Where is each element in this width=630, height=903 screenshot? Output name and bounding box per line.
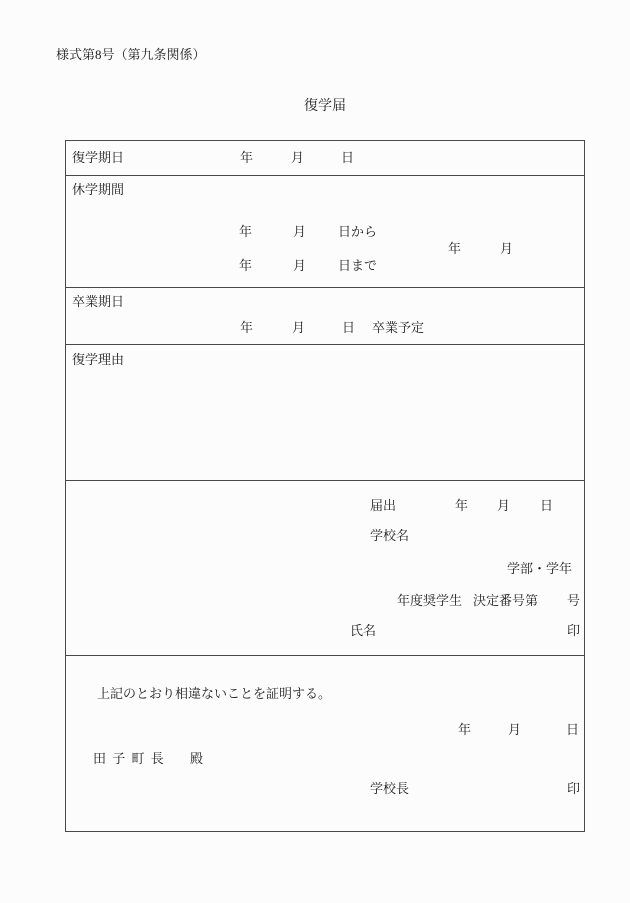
return-to-school-form-table: 復学期日 年 月 日 休学期間 年 月 日から 年 月 年 月 日まで 卒業期日… bbox=[65, 140, 585, 832]
school-principal-label: 学校長 bbox=[370, 782, 409, 796]
notification-label: 届出 bbox=[370, 499, 396, 513]
name-label: 氏名 bbox=[350, 624, 376, 638]
leave-duration-month-label: 月 bbox=[500, 242, 513, 256]
form-title: 復学届 bbox=[65, 95, 585, 115]
certification-day-label: 日 bbox=[566, 723, 579, 737]
return-date-label: 復学期日 bbox=[72, 151, 124, 165]
leave-period-label: 休学期間 bbox=[72, 183, 124, 197]
leave-to-month-label: 月 bbox=[293, 259, 306, 273]
leave-from-year-label: 年 bbox=[239, 225, 252, 239]
faculty-grade-label: 学部・学年 bbox=[507, 562, 572, 576]
principal-seal-label: 印 bbox=[567, 782, 580, 796]
return-date-day-label: 日 bbox=[341, 151, 354, 165]
applicant-row: 届出 年 月 日 学校名 学部・学年 年度奨学生 決定番号第 号 氏名 印 bbox=[66, 481, 584, 656]
leave-to-year-label: 年 bbox=[239, 259, 252, 273]
graduation-year-label: 年 bbox=[240, 321, 253, 335]
school-name-label: 学校名 bbox=[370, 529, 409, 543]
certification-year-label: 年 bbox=[458, 723, 471, 737]
decision-number-label: 決定番号第 bbox=[473, 594, 538, 608]
addressee-honorific-label: 殿 bbox=[190, 752, 203, 766]
return-date-row: 復学期日 年 月 日 bbox=[66, 141, 584, 176]
notification-month-label: 月 bbox=[497, 499, 510, 513]
addressee-label: 田 子 町 長 bbox=[93, 752, 165, 766]
leave-to-day-label: 日まで bbox=[338, 259, 377, 273]
graduation-month-label: 月 bbox=[292, 321, 305, 335]
graduation-date-row: 卒業期日 年 月 日 卒業予定 bbox=[66, 288, 584, 345]
leave-from-day-label: 日から bbox=[338, 225, 377, 239]
certification-row: 上記のとおり相違ないことを証明する。 年 月 日 田 子 町 長 殿 学校長 印 bbox=[66, 656, 584, 831]
return-date-year-label: 年 bbox=[240, 151, 253, 165]
certification-month-label: 月 bbox=[508, 723, 521, 737]
leave-period-row: 休学期間 年 月 日から 年 月 年 月 日まで bbox=[66, 176, 584, 288]
leave-from-month-label: 月 bbox=[293, 225, 306, 239]
certification-statement: 上記のとおり相違ないことを証明する。 bbox=[97, 687, 331, 701]
notification-day-label: 日 bbox=[540, 499, 553, 513]
return-date-month-label: 月 bbox=[291, 151, 304, 165]
leave-duration-year-label: 年 bbox=[448, 242, 461, 256]
applicant-seal-label: 印 bbox=[567, 624, 580, 638]
notification-year-label: 年 bbox=[455, 499, 468, 513]
reason-row: 復学理由 bbox=[66, 345, 584, 481]
graduation-day-label: 日 bbox=[342, 321, 355, 335]
number-suffix-label: 号 bbox=[567, 594, 580, 608]
scholarship-student-label: 年度奨学生 bbox=[397, 594, 462, 608]
reason-label: 復学理由 bbox=[72, 353, 124, 367]
document-page: 様式第8号（第九条関係） 復学届 復学期日 年 月 日 休学期間 年 月 日から… bbox=[0, 0, 630, 903]
form-number: 様式第8号（第九条関係） bbox=[56, 44, 206, 63]
graduation-date-label: 卒業期日 bbox=[72, 295, 124, 309]
graduation-expected-label: 卒業予定 bbox=[372, 321, 424, 335]
